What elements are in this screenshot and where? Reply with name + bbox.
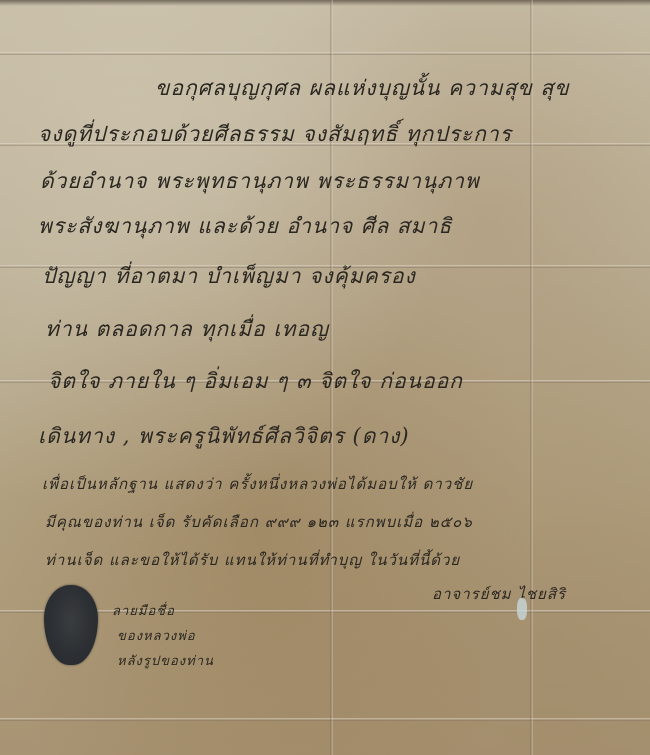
letter-line-4: พระสังฆานุภาพ และด้วย อำนาจ ศีล สมาธิ: [38, 210, 452, 243]
fingerprint-caption-2: ของหลวงพ่อ: [117, 625, 196, 646]
fingerprint-caption-1: ลายมือชื่อ: [112, 600, 175, 621]
note-line-3: ท่านเจ็ด และขอให้ได้รับ แทนให้ท่านที่ทำบ…: [45, 548, 460, 572]
paper-fold-line: [0, 52, 650, 55]
letter-line-8: เดินทาง , พระครูนิพัทธ์ศีลวิจิตร (ดาง): [38, 420, 410, 453]
top-edge-shadow: [0, 0, 650, 6]
letter-line-1: ขอกุศลบุญกุศล ผลแห่งบุญนั้น ความสุข สุข: [155, 72, 570, 105]
letter-line-7: จิตใจ ภายใน ๆ อิ่มเอม ๆ ๓ จิตใจ ก่อนออก: [48, 365, 463, 398]
letter-line-2: จงดูที่ประกอบด้วยศีลธรรม จงสัมฤทธิ์ ทุกป…: [38, 118, 512, 151]
letter-line-5: ปัญญา ที่อาตมา บำเพ็ญมา จงคุ้มครอง: [42, 260, 416, 293]
note-line-2: มีคุณของท่าน เจ็ด รับคัดเลือก ๙๙๙ ๑๒๓ แร…: [45, 510, 473, 534]
paper-fold-line: [530, 0, 533, 755]
paper-damage-spot: [517, 598, 527, 620]
signature: อาจารย์ชม ไชยสิริ: [432, 582, 566, 606]
fingerprint-caption-3: หลังรูปของท่าน: [117, 650, 214, 671]
note-line-1: เพื่อเป็นหลักฐาน แสดงว่า ครั้งหนึ่งหลวงพ…: [42, 472, 473, 496]
letter-line-3: ด้วยอำนาจ พระพุทธานุภาพ พระธรรมานุภาพ: [40, 165, 480, 198]
letter-line-6: ท่าน ตลอดกาล ทุกเมื่อ เทอญ: [45, 313, 329, 346]
paper-fold-line: [0, 718, 650, 721]
